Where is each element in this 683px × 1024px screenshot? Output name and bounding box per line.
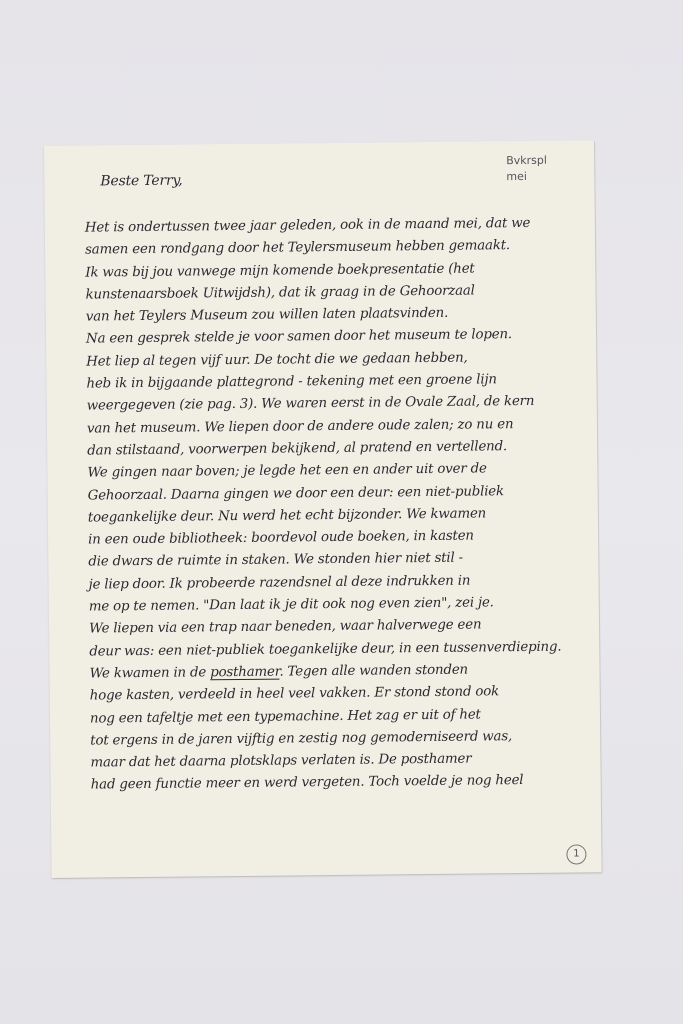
letter-line: had geen functie meer en werd vergeten. … [91, 770, 591, 798]
page-number: 1 [566, 844, 586, 864]
letter-month: mei [506, 169, 547, 185]
letter-body: Het is ondertussen twee jaar geleden, oo… [85, 212, 591, 797]
underlined-word: posthamer [210, 665, 279, 681]
letter-sheet: Bvkrspl mei Beste Terry, Het is ondertus… [44, 140, 602, 878]
place-date: Bvkrspl mei [506, 153, 547, 185]
salutation: Beste Terry, [100, 173, 182, 190]
letter-place: Bvkrspl [506, 153, 547, 169]
